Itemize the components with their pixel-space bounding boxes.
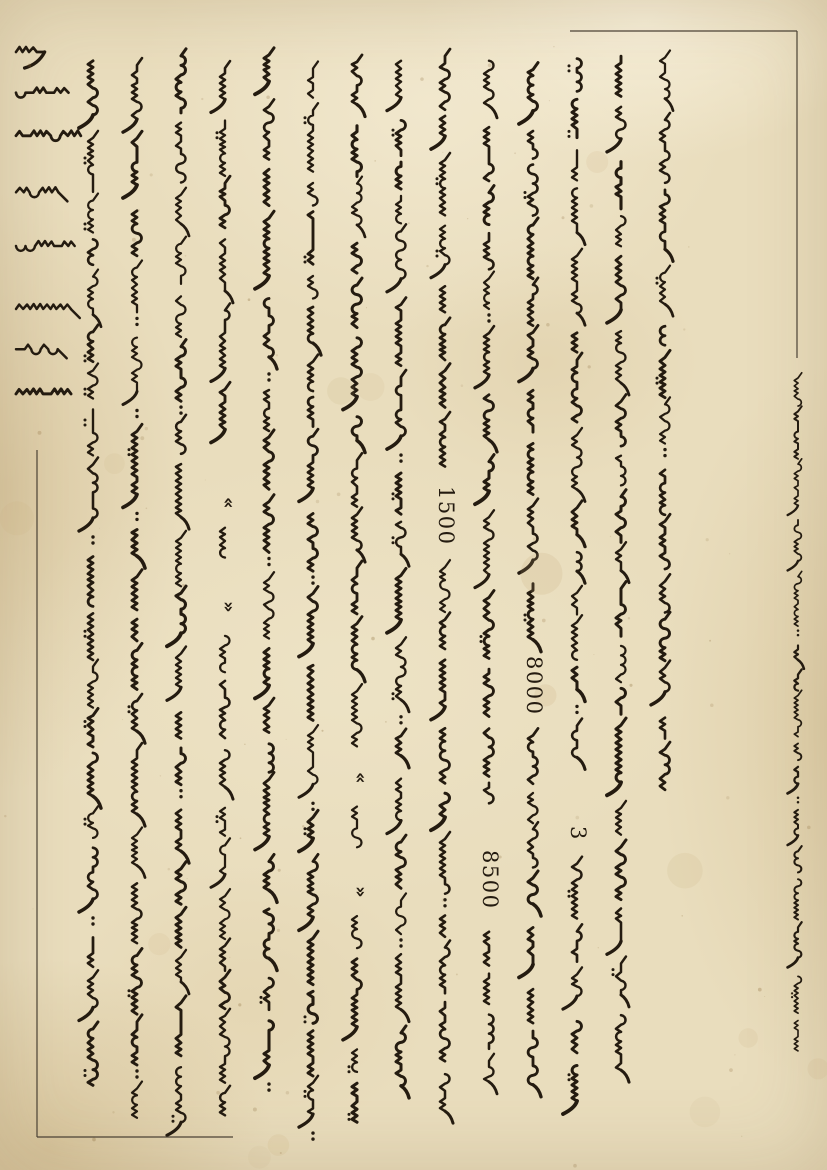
guillemet-open-icon: « xyxy=(218,497,237,507)
body-column xyxy=(607,56,629,1082)
body-column xyxy=(475,61,497,1094)
body-column xyxy=(651,51,673,790)
header-rule xyxy=(570,31,797,358)
body-text xyxy=(79,48,673,1141)
page-artwork xyxy=(0,0,827,1170)
guillemet-open-icon: « xyxy=(350,772,369,782)
body-column xyxy=(387,61,409,1098)
body-column xyxy=(255,48,277,1092)
inline-numeral: 8000 xyxy=(523,656,545,715)
body-column xyxy=(123,58,145,1118)
body-column xyxy=(343,55,365,1122)
running-footer-text xyxy=(16,47,81,394)
guillemet-close-icon: » xyxy=(218,601,237,611)
body-column xyxy=(563,59,585,1114)
body-column xyxy=(431,49,453,1123)
inline-numeral: 1500 xyxy=(435,486,457,545)
running-header-text xyxy=(788,373,804,1051)
book-page: 1500 8000 8500 3 « » « » xyxy=(0,0,827,1170)
body-column xyxy=(167,49,189,1135)
body-column xyxy=(299,62,321,1141)
paper-speckles xyxy=(0,46,827,1169)
body-column xyxy=(79,61,101,1086)
inline-numeral: 3 xyxy=(567,826,589,841)
guillemet-close-icon: » xyxy=(350,886,369,896)
inline-numeral: 8500 xyxy=(479,850,501,909)
